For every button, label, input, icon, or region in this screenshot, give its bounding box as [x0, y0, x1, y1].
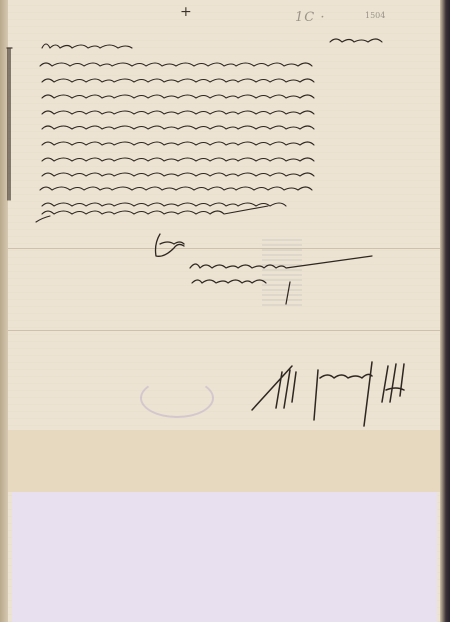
clerk-rubric [156, 234, 185, 256]
signature-note [190, 256, 372, 304]
royal-signature [252, 362, 404, 426]
body-text-lines [36, 39, 382, 222]
mounting-card [12, 492, 437, 622]
